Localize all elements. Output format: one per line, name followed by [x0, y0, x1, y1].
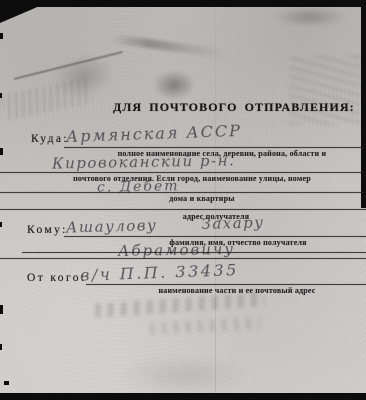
smudge-top-right — [270, 6, 350, 28]
bleedthrough-lower-1 — [95, 292, 266, 318]
scan-edge-top — [0, 0, 366, 7]
rule-recipient-address — [0, 209, 366, 210]
scan-speck-bottom-left — [4, 381, 9, 385]
scan-corner-top-left — [0, 5, 42, 23]
postmark-smudge — [44, 45, 122, 107]
ink-blot-smudge — [150, 68, 198, 102]
scan-speck-left-2 — [0, 93, 2, 98]
rule-komu-1 — [64, 236, 366, 237]
handwritten-komu-name: Ашаулову Захару — [66, 213, 265, 236]
field-label-komu: Кому: — [27, 224, 68, 236]
rule-komu-2b — [0, 258, 366, 259]
diagonal-line-mark — [14, 51, 123, 80]
form-title: ДЛЯ ПОЧТОВОГО ОТПРАВЛЕНИЯ: — [113, 100, 355, 115]
field-label-otkogo: От кого: — [27, 272, 87, 284]
rule-kuda-1 — [64, 147, 366, 148]
rule-kuda-2 — [0, 172, 366, 173]
scan-speck-left-4 — [0, 222, 2, 227]
rule-kuda-3 — [0, 192, 366, 193]
rule-komu-2a — [22, 252, 366, 253]
caption-kuda-3: дома и квартиры — [169, 194, 234, 203]
scan-edge-bottom — [0, 393, 366, 400]
field-label-kuda: Куда: — [31, 133, 69, 145]
bleedthrough-lower-2 — [150, 317, 260, 335]
scan-speck-left-6 — [0, 344, 2, 350]
scan-speck-left-3 — [0, 148, 3, 155]
bleedthrough-lower-3 — [120, 355, 250, 395]
faint-writing-smudge-topleft — [0, 77, 93, 121]
caption-otkogo: наименование части и ее почтовый адрес — [158, 286, 315, 295]
rule-otkogo — [86, 284, 366, 285]
scan-speck-left-5 — [0, 305, 3, 314]
handwritten-kuda-village: с. Дебет — [97, 178, 180, 195]
scan-edge-right — [361, 0, 366, 208]
handwritten-komu-patronymic: Абрамовичу — [118, 240, 235, 260]
scan-speck-left-1 — [0, 33, 3, 39]
diagonal-streak-smudge — [110, 34, 230, 60]
handwritten-kuda-district: Кировоканский р-н. — [52, 151, 236, 172]
scanned-postal-form: ДЛЯ ПОЧТОВОГО ОТПРАВЛЕНИЯ: Куда: Армянск… — [0, 0, 366, 400]
